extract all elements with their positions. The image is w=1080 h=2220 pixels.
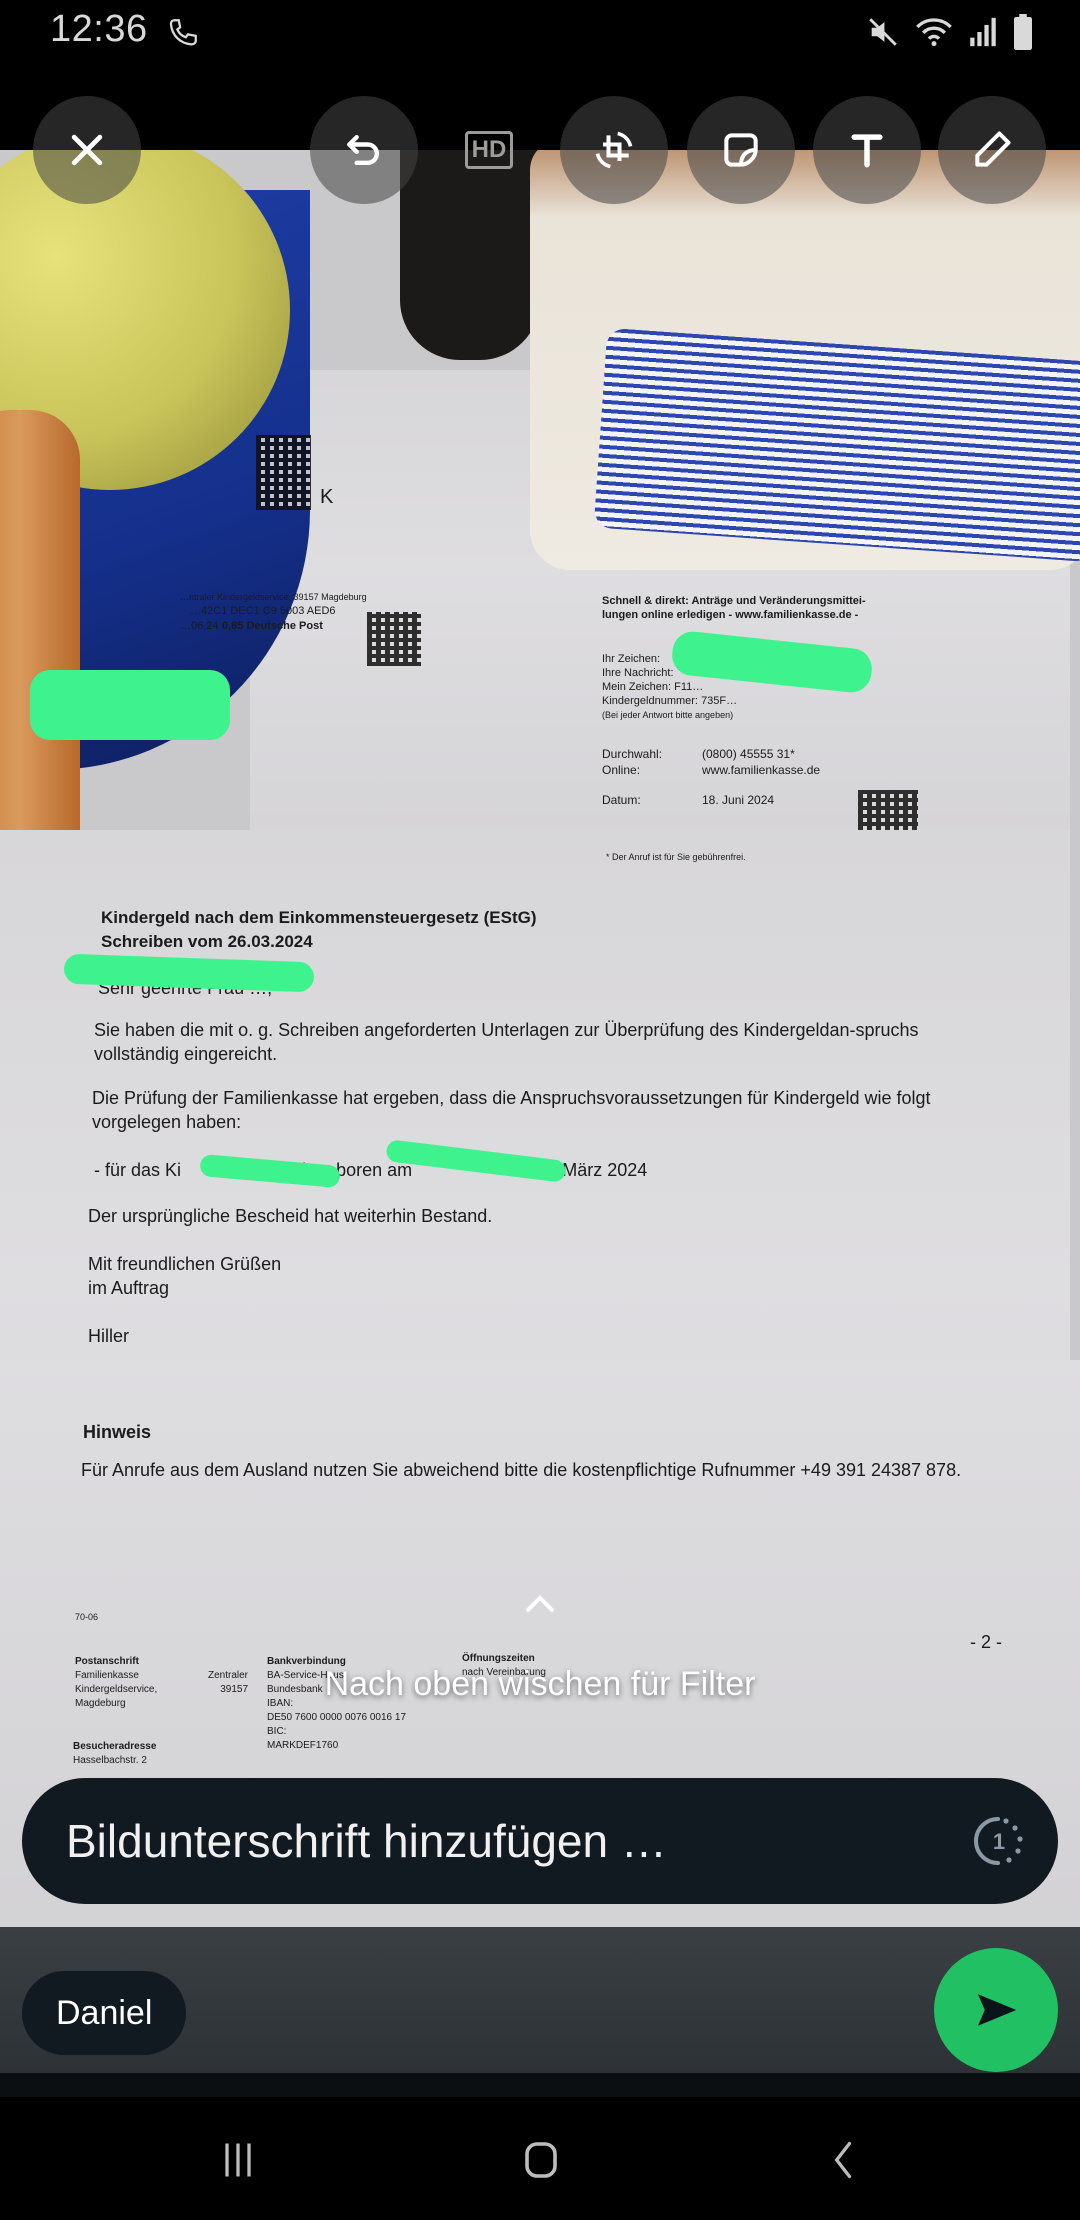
close-button[interactable] bbox=[33, 96, 141, 204]
redaction-address bbox=[30, 670, 230, 740]
form-code: 70-06 bbox=[75, 1612, 98, 1622]
franking-line2: …42C1 DEC1 C9 5003 AED6 bbox=[190, 605, 336, 617]
hinweis-title: Hinweis bbox=[83, 1422, 151, 1443]
undo-button[interactable] bbox=[310, 96, 418, 204]
wifi-icon bbox=[914, 15, 954, 49]
swipe-filter-hint: Nach oben wischen für Filter bbox=[0, 1665, 1080, 1704]
undo-icon bbox=[342, 128, 386, 172]
letter-paragraph-3: Der ursprüngliche Bescheid hat weiterhin… bbox=[88, 1204, 492, 1228]
hd-quality-button[interactable]: HD bbox=[435, 96, 543, 204]
text-button[interactable] bbox=[813, 96, 921, 204]
caption-input[interactable] bbox=[64, 1813, 968, 1869]
envelope-stamp-letter: K bbox=[320, 486, 333, 509]
recipient-chip[interactable]: Daniel bbox=[22, 1971, 186, 2055]
franking-date: …06.24 bbox=[180, 620, 219, 632]
recent-apps-button[interactable] bbox=[208, 2130, 268, 2190]
footer-besucher: Besucheradresse Hasselbachstr. 2 bbox=[73, 1740, 156, 1768]
franking-datamatrix bbox=[367, 612, 421, 666]
letter-closing: Mit freundlichen Grüßen im Auftrag bbox=[88, 1252, 281, 1300]
status-icons bbox=[866, 12, 1034, 52]
caption-bar: 1 bbox=[22, 1778, 1058, 1904]
crop-rotate-button[interactable] bbox=[560, 96, 668, 204]
view-once-button[interactable]: 1 bbox=[968, 1811, 1028, 1871]
letter-signature: Hiller bbox=[88, 1324, 129, 1348]
sticker-icon bbox=[719, 128, 763, 172]
send-button[interactable] bbox=[934, 1948, 1058, 2072]
view-once-icon: 1 bbox=[968, 1811, 1028, 1871]
envelope-datamatrix bbox=[256, 435, 311, 510]
franking-line1: …ntraler Kindergeldservice, 39157 Magdeb… bbox=[180, 592, 367, 602]
info-headline: Schnell & direkt: Anträge und Veränderun… bbox=[602, 594, 866, 622]
letter-paragraph-2: Die Prüfung der Familienkasse hat ergebe… bbox=[92, 1086, 992, 1134]
home-button[interactable] bbox=[511, 2130, 571, 2190]
franking-post: 0,85 Deutsche Post bbox=[222, 620, 323, 632]
svg-text:1: 1 bbox=[993, 1829, 1005, 1854]
status-time: 12:36 bbox=[50, 8, 148, 51]
recent-apps-icon bbox=[216, 2138, 260, 2182]
pencil-icon bbox=[970, 128, 1014, 172]
hinweis-text: Für Anrufe aus dem Ausland nutzen Sie ab… bbox=[81, 1458, 1001, 1482]
sticker-button[interactable] bbox=[687, 96, 795, 204]
chevron-up-icon bbox=[520, 1588, 560, 1618]
back-button[interactable] bbox=[814, 2130, 874, 2190]
home-icon bbox=[517, 2136, 565, 2184]
page-number: - 2 - bbox=[970, 1632, 1002, 1653]
hd-icon: HD bbox=[465, 131, 514, 169]
draw-button[interactable] bbox=[938, 96, 1046, 204]
photo-preview[interactable]: K …ntraler Kindergeldservice, 39157 Magd… bbox=[0, 150, 1080, 1930]
close-icon bbox=[65, 128, 109, 172]
back-icon bbox=[822, 2138, 866, 2182]
phone-call-icon bbox=[166, 16, 200, 50]
crop-rotate-icon bbox=[592, 128, 636, 172]
letter-paragraph-1: Sie haben die mit o. g. Schreiben angefo… bbox=[94, 1018, 984, 1066]
signal-icon bbox=[968, 15, 998, 49]
bottom-divider bbox=[0, 2073, 1080, 2097]
bread-packaging-stripes bbox=[594, 328, 1080, 562]
info-contact: Durchwahl:(0800) 45555 31* Online:www.fa… bbox=[602, 746, 820, 808]
info-footnote: * Der Anruf ist für Sie gebührenfrei. bbox=[606, 852, 746, 862]
text-icon bbox=[845, 128, 889, 172]
letter-subject: Kindergeld nach dem Einkommensteuergeset… bbox=[101, 906, 536, 954]
status-bar: 12:36 bbox=[0, 0, 1080, 72]
mute-icon bbox=[866, 15, 900, 49]
battery-icon bbox=[1012, 14, 1034, 50]
send-icon bbox=[969, 1983, 1023, 2037]
